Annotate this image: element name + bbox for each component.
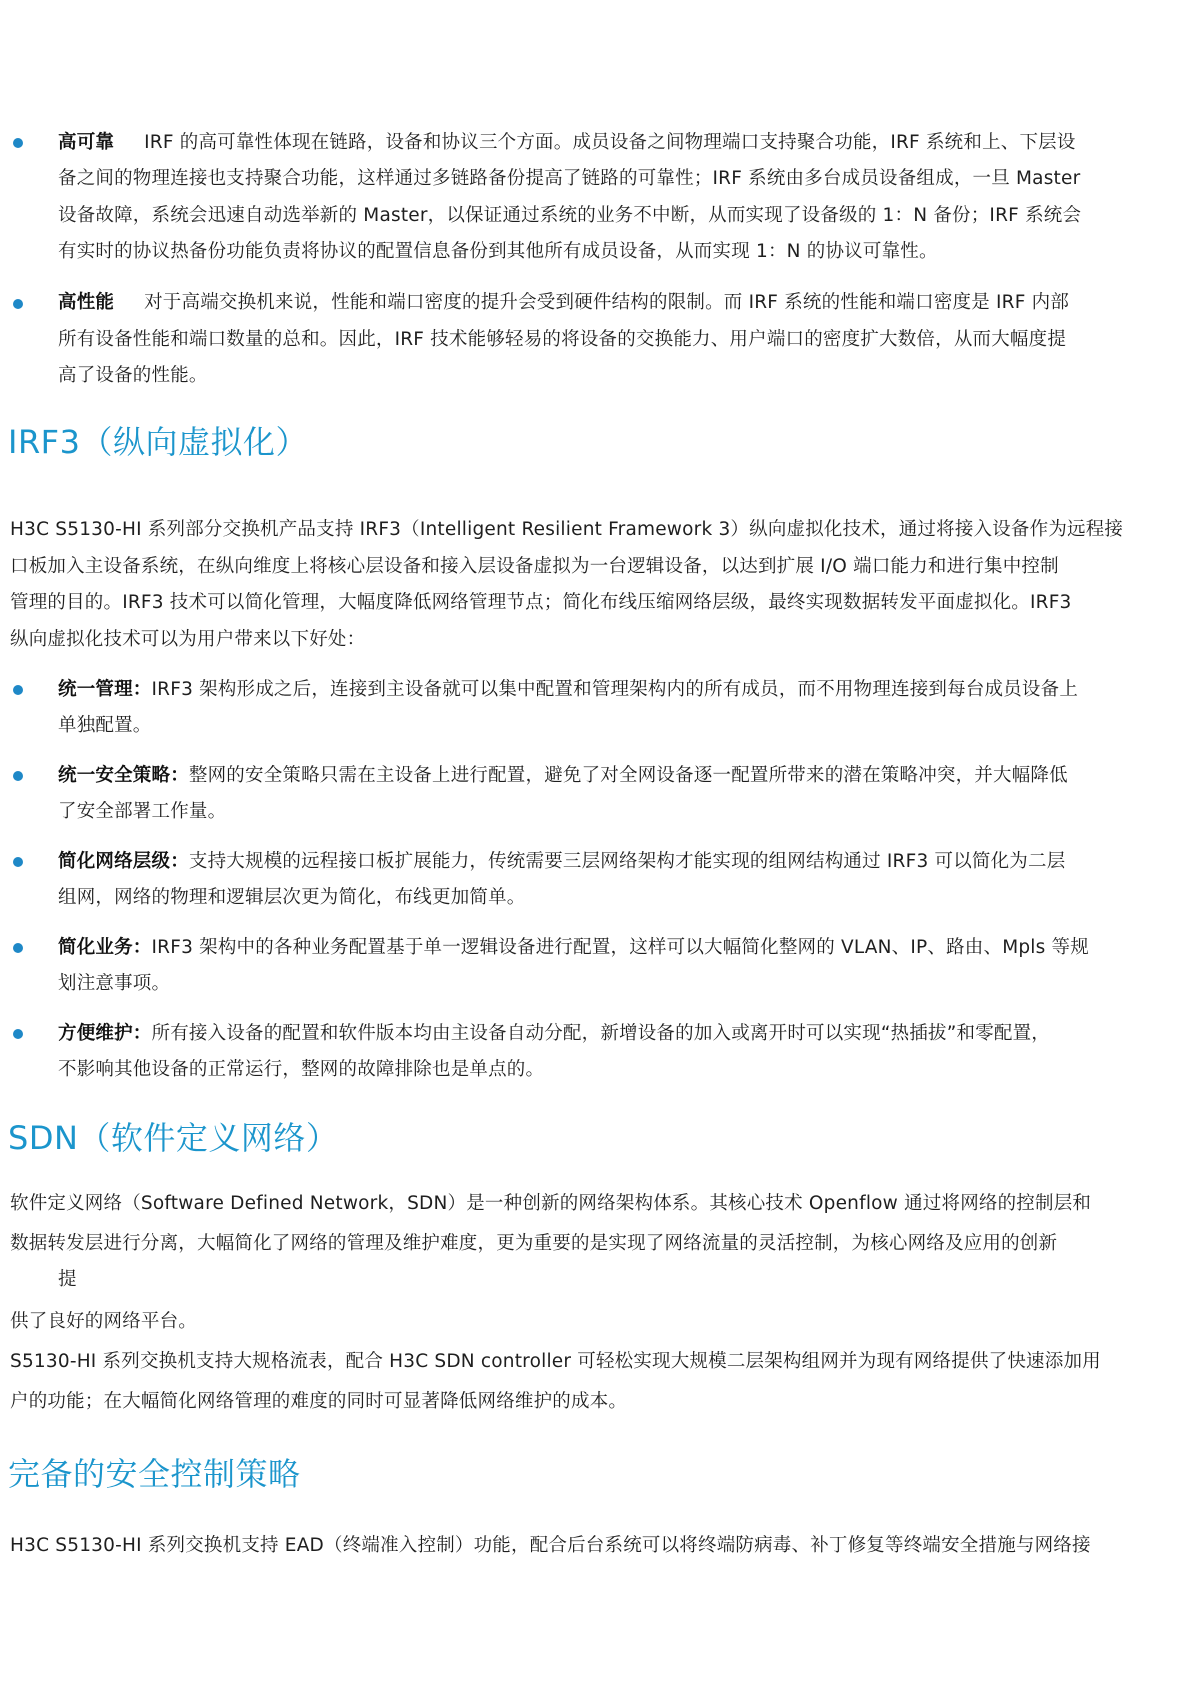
list-item-term: 统一管理： [58, 679, 152, 700]
list-item-line: 简化业务：IRF3 架构中的各种业务配置基于单一逻辑设备进行配置，这样可以大幅简… [58, 936, 1089, 960]
paragraph-line: 口板加入主设备系统，在纵向维度上将核心层设备和接入层设备虚拟为一台逻辑设备，以达… [10, 555, 1059, 579]
paragraph-line: 管理的目的。IRF3 技术可以简化管理，大幅度降低网络管理节点；简化布线压缩网络… [10, 591, 1072, 615]
bullet-icon [13, 299, 23, 309]
list-item-line: 了安全部署工作量。 [58, 800, 226, 824]
bullet-icon [13, 138, 23, 148]
list-item-line: 统一管理：IRF3 架构形成之后，连接到主设备就可以集中配置和管理架构内的所有成… [58, 678, 1078, 702]
section-heading-security: 完备的安全控制策略 [8, 1454, 301, 1494]
section-heading-irf3: IRF3（纵向虚拟化） [8, 422, 308, 462]
list-item-line: 划注意事项。 [58, 972, 170, 996]
list-item-term: 高可靠 [58, 132, 114, 153]
list-item-line: 备之间的物理连接也支持聚合功能，这样通过多链路备份提高了链路的可靠性；IRF 系… [58, 167, 1080, 191]
paragraph-line: 提 [58, 1268, 77, 1292]
bullet-icon [13, 685, 23, 695]
list-item-line: 所有设备性能和端口数量的总和。因此，IRF 技术能够轻易的将设备的交换能力、用户… [58, 328, 1066, 352]
section-heading-sdn: SDN（软件定义网络） [8, 1118, 338, 1158]
list-item-line: 高了设备的性能。 [58, 364, 208, 388]
list-item-term: 方便维护： [58, 1023, 152, 1044]
paragraph-line: H3C S5130-HI 系列部分交换机产品支持 IRF3（Intelligen… [10, 518, 1123, 542]
paragraph-line: 户的功能；在大幅简化网络管理的难度的同时可显著降低网络维护的成本。 [10, 1390, 627, 1414]
list-item-term: 统一安全策略： [58, 765, 189, 786]
list-item-line: 有实时的协议热备份功能负责将协议的配置信息备份到其他所有成员设备，从而实现 1：… [58, 240, 938, 264]
list-item-line: 简化网络层级：支持大规模的远程接口板扩展能力，传统需要三层网络架构才能实现的组网… [58, 850, 1065, 874]
bullet-icon [13, 771, 23, 781]
list-item-line: 统一安全策略：整网的安全策略只需在主设备上进行配置，避免了对全网设备逐一配置所带… [58, 764, 1068, 788]
bullet-icon [13, 1029, 23, 1039]
list-item-term: 简化网络层级： [58, 851, 189, 872]
list-item-term: 简化业务： [58, 937, 152, 958]
list-item-line: 组网，网络的物理和逻辑层次更为简化，布线更加简单。 [58, 886, 526, 910]
list-item-line: 方便维护：所有接入设备的配置和软件版本均由主设备自动分配，新增设备的加入或离开时… [58, 1022, 1050, 1046]
list-item-line: 高性能对于高端交换机来说，性能和端口密度的提升会受到硬件结构的限制。而 IRF … [58, 291, 1069, 315]
list-item-line: 单独配置。 [58, 714, 152, 738]
list-item-line: 高可靠IRF 的高可靠性体现在链路，设备和协议三个方面。成员设备之间物理端口支持… [58, 131, 1076, 155]
paragraph-line: 数据转发层进行分离，大幅简化了网络的管理及维护难度，更为重要的是实现了网络流量的… [10, 1232, 1057, 1256]
bullet-icon [13, 857, 23, 867]
document-page: 高可靠IRF 的高可靠性体现在链路，设备和协议三个方面。成员设备之间物理端口支持… [0, 0, 1200, 1686]
paragraph-line: S5130-HI 系列交换机支持大规格流表，配合 H3C SDN control… [10, 1350, 1101, 1374]
list-item-term: 高性能 [58, 292, 114, 313]
paragraph-line: H3C S5130-HI 系列交换机支持 EAD（终端准入控制）功能，配合后台系… [10, 1534, 1091, 1558]
list-item-line: 设备故障，系统会迅速自动选举新的 Master，以保证通过系统的业务不中断，从而… [58, 204, 1081, 228]
bullet-icon [13, 943, 23, 953]
paragraph-line: 纵向虚拟化技术可以为用户带来以下好处： [10, 628, 365, 652]
paragraph-line: 软件定义网络（Software Defined Network，SDN）是一种创… [10, 1192, 1091, 1216]
list-item-line: 不影响其他设备的正常运行，整网的故障排除也是单点的。 [58, 1058, 544, 1082]
paragraph-line: 供了良好的网络平台。 [10, 1310, 197, 1334]
